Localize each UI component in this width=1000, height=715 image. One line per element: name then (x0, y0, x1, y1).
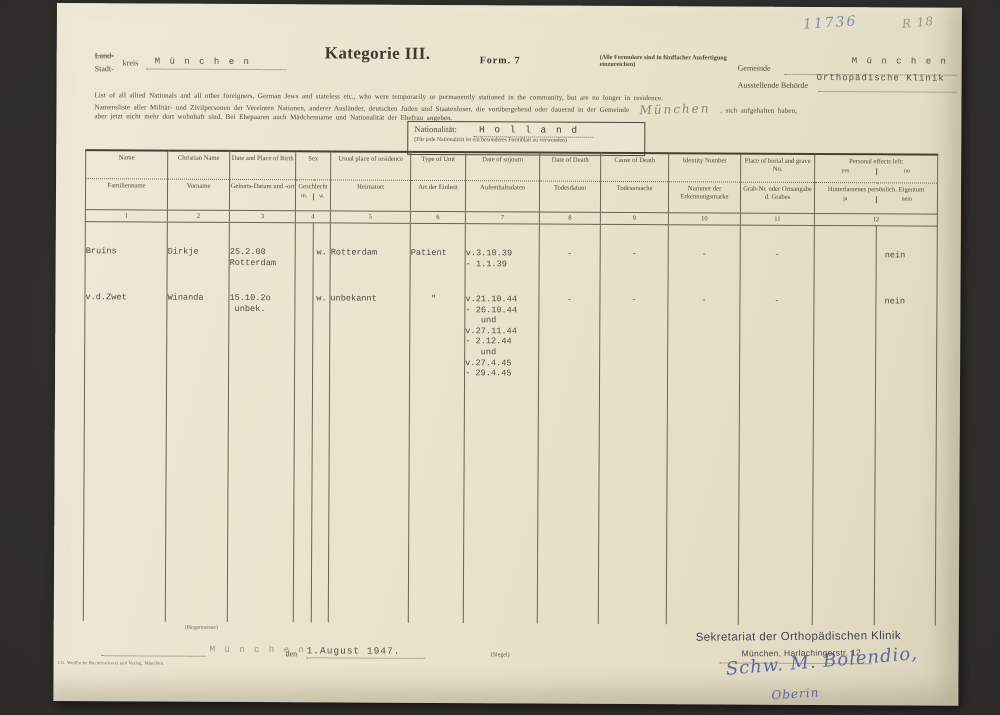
header-en-col10: Identity Number (669, 153, 741, 182)
header-en-yes-no: yesno (815, 168, 937, 176)
header-de-col2: Vorname (167, 179, 229, 210)
cell-date_of_death: - (538, 295, 600, 391)
header-en-col1: Name (86, 150, 168, 179)
header-de-col9: Todesursache (600, 181, 668, 212)
form-table-head: NameChristian NameDate and Place of Birt… (85, 150, 937, 226)
cell-name: Bruins (85, 246, 167, 292)
filler-cell (85, 222, 167, 247)
cell-effects_ja (814, 250, 876, 296)
filler-cell (876, 226, 937, 251)
cell-name: v.d.Zwet (84, 292, 167, 388)
document-page: 11736 R 18 Land- Stadt- kreis M ü n c h … (53, 3, 962, 706)
filler-cell (229, 222, 295, 247)
header-en-col5: Usual place of residence (331, 151, 411, 180)
footer-den-label: den (286, 649, 298, 658)
scan-background: 11736 R 18 Land- Stadt- kreis M ü n c h … (0, 0, 1000, 715)
cell-sex_w: w. (312, 293, 330, 389)
filler-cell (311, 389, 329, 622)
footer-date: 1.August 1947. (307, 645, 401, 656)
page-title: Kategorie III. (325, 43, 431, 64)
form-table: NameChristian NameDate and Place of Birt… (83, 149, 938, 625)
header-de-col1: Familienname (85, 179, 167, 210)
date-fill-line (307, 656, 425, 659)
cell-burial: - (740, 250, 814, 296)
header-en-col12: Personal effects left:yesno (815, 154, 938, 183)
cell-date_of_death: - (539, 249, 600, 295)
table-row: v.d.ZwetWinanda15.10.2o unbek.w.unbekann… (84, 292, 937, 392)
nationality-note: (Für jede Nationalität ist ein besondere… (414, 137, 638, 144)
behoerde-value: Orthopädische Klinik (817, 73, 945, 84)
header-de-col6: Art der Einheit (410, 180, 465, 211)
header-de-ja-nein-right: nein (875, 196, 937, 204)
header-en-col4: Sex (296, 151, 331, 180)
header-de-m-w: m.w. (296, 193, 330, 201)
nationality-value: H o l l a n d (473, 124, 593, 138)
cell-birth: 25.2.00 Rotterdam (229, 247, 295, 293)
header-en-col6: Type of Unit (411, 152, 466, 181)
header-de-col4: Geschlechtm.w. (295, 180, 330, 211)
cell-sex_m (295, 247, 313, 293)
header-en-col11: Place of burial and grave No. (741, 154, 815, 183)
filler-cell (410, 223, 465, 248)
form-table-body: BruinsDirkje25.2.00 Rotterdamw.Rotterdam… (83, 222, 937, 626)
printer-imprint: J.G. Weiß'sche Buchdruckerei und Verlag,… (58, 660, 165, 666)
header-number-2: 2 (167, 210, 229, 222)
header-de-col11: Grab-Nr. oder Ortsangabe d. Grabes (740, 182, 814, 213)
filler-cell (295, 223, 313, 248)
filler-cell (465, 224, 539, 249)
gemeinde-label: Gemeinde (738, 64, 771, 73)
header-number-5: 5 (330, 211, 410, 223)
filler-cell (666, 391, 739, 624)
filler-cell (463, 390, 538, 623)
cell-identity_number: - (667, 295, 740, 391)
header-en-col9: Cause of Death (601, 153, 669, 182)
header-de-m-w-left: m. (296, 193, 313, 201)
cell-sojourn: v.21.10.44 - 26.10.44 und v.27.11.44 - 2… (464, 294, 539, 390)
cell-cause_of_death: - (599, 295, 668, 391)
stadt-label: Stadt- (95, 64, 114, 73)
copies-note: (Alle Formulare sind in fünffacher Ausfe… (600, 54, 760, 70)
header-de-col10: Nummer der Erkennungsmarke (668, 182, 740, 213)
filler-cell (227, 389, 294, 622)
filler-cell (668, 225, 740, 250)
gemeinde-value: M ü n c h e n (852, 56, 948, 67)
filler-cell (330, 223, 410, 248)
header-en-col2: Christian Name (168, 151, 230, 180)
header-en-col3: Date and Place of Birth (230, 151, 296, 180)
header-number-10: 10 (668, 213, 740, 225)
siegel-label: (Siegel) (491, 652, 510, 658)
cell-effects_ja (813, 296, 876, 392)
nationality-label: Nationalität: (414, 124, 457, 134)
cell-birth: 15.10.2o unbek. (228, 293, 295, 389)
kreis-fill-line (147, 67, 287, 70)
header-number-12: 12 (814, 213, 937, 226)
cell-christian_name: Dirkje (167, 247, 229, 293)
header-en-yes-no-left: yes (815, 168, 876, 176)
cell-sex_m (294, 293, 313, 389)
filler-cell (812, 392, 875, 625)
header-en-col7: Date of sojourn (466, 152, 540, 181)
footer-left-label: (Bürgermeister) (185, 625, 218, 631)
header-de-col8: Todesdatum (539, 181, 600, 212)
gemeinde-handwritten: München (639, 104, 710, 116)
filler-cell (874, 392, 936, 625)
land-label: Land- (95, 51, 114, 60)
behoerde-label: Ausstellende Behörde (738, 81, 808, 90)
filler-cell (328, 389, 409, 622)
header-de-col12: Hinterlassenes persönlich. Eigentumjanei… (814, 182, 937, 214)
header-row-de: FamiliennameVornameGeburts-Datum und -or… (85, 179, 937, 214)
header-number-3: 3 (229, 210, 295, 222)
header-row-en: NameChristian NameDate and Place of Birt… (86, 150, 938, 183)
intro-line-de-after: , sich aufgehalten haben, (720, 106, 797, 114)
header-number-9: 9 (600, 212, 668, 224)
behoerde-fill-line (819, 90, 957, 93)
table-row: BruinsDirkje25.2.00 Rotterdamw.Rotterdam… (85, 246, 937, 296)
cell-christian_name: Winanda (166, 293, 229, 389)
cell-unit: Patient (410, 248, 465, 294)
cell-residence: unbekannt (329, 293, 410, 389)
kreis-label: kreis (123, 58, 139, 67)
form-number: Form. 7 (480, 55, 521, 66)
kreis-value: M ü n c h e n (155, 57, 251, 68)
header-en-yes-no-right: no (876, 168, 938, 176)
cell-identity_number: - (668, 249, 740, 295)
cell-effects_nein: nein (876, 250, 937, 296)
header-number-11: 11 (740, 213, 814, 225)
header-number-8: 8 (539, 212, 600, 224)
filler-cell (738, 392, 813, 625)
filler-cell (740, 225, 814, 250)
registry-number-blue: 11736 (802, 13, 857, 32)
header-de-ja-nein-left: ja (815, 196, 876, 204)
header-de-col7: Aufenthaltsdaten (465, 181, 539, 212)
signature-title-handwritten: Oberin (771, 685, 820, 702)
filler-cell (598, 391, 667, 624)
filler-cell (537, 391, 599, 624)
cell-sex_w: w. (313, 247, 330, 293)
cell-burial: - (739, 296, 814, 392)
table-filler-row (83, 388, 936, 625)
header-de-col3: Geburts-Datum und -ort (229, 179, 295, 210)
cell-unit: " (409, 294, 465, 390)
header-number-7: 7 (465, 212, 539, 224)
filler-cell (313, 223, 330, 248)
header-number-6: 6 (410, 211, 465, 223)
place-fill-line (102, 654, 206, 657)
registry-number-pencil: R 18 (901, 14, 934, 31)
header-de-ja-nein: janein (815, 196, 937, 204)
cell-residence: Rotterdam (330, 247, 410, 293)
clinic-stamp-line1: Sekretariat der Orthopädischen Klinik (696, 630, 901, 644)
header-de-col5: Heimatort (330, 180, 410, 211)
filler-cell (165, 389, 228, 622)
header-de-m-w-right: w. (312, 193, 330, 201)
header-number-4: 4 (295, 211, 330, 223)
header-en-col8: Date of Death (540, 153, 601, 182)
filler-cell (83, 388, 166, 621)
cell-sojourn: v.3.10.39 - 1.1.39 (465, 248, 539, 294)
filler-cell (539, 224, 600, 249)
filler-cell (293, 389, 312, 622)
filler-cell (408, 390, 464, 623)
filler-cell (600, 224, 668, 249)
cell-cause_of_death: - (600, 249, 668, 295)
filler-cell (167, 222, 229, 247)
nationality-row: Nationalität: H o l l a n d (414, 124, 638, 136)
filler-cell (814, 225, 876, 250)
cell-effects_nein: nein (875, 296, 937, 392)
header-number-1: 1 (85, 210, 167, 222)
